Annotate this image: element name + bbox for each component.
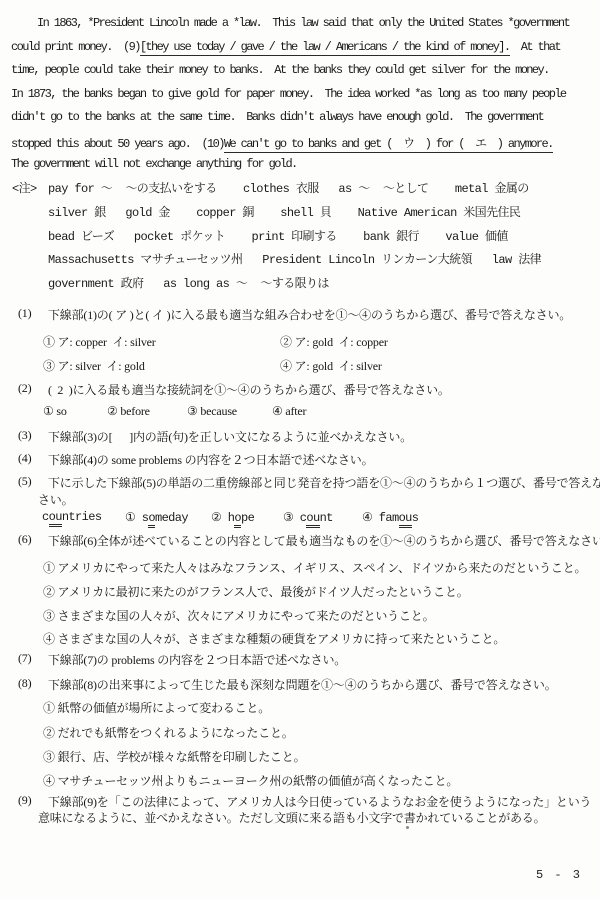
question-1-option-1: ① ア: copper イ: silver xyxy=(43,333,156,350)
question-8-option-2: ② だれでも紙幣をつくれるようになったこと。 xyxy=(43,724,294,741)
q5-option-1: ① someday xyxy=(125,510,188,525)
notes-line: Massachusetts マサチューセッツ州 President Lincol… xyxy=(48,250,541,267)
notes-line: government 政府 as long as ～ ～する限りは xyxy=(48,274,329,291)
q5-word-part: ntries xyxy=(62,510,102,524)
question-6-option-4: ④ さまざまな国の人々が、さまざまな種類の硬貨をアメリカに持って来たということ。 xyxy=(43,630,505,647)
question-2-option-1: ① so xyxy=(43,404,67,419)
passage-text: stopped this about 50 years ago. (10) xyxy=(11,137,224,151)
q5-double-underline: ou xyxy=(306,511,319,528)
notes-line: silver 銀 gold 金 copper 銅 shell 貝 Native … xyxy=(48,203,520,220)
q5-option-2: ② hope xyxy=(211,510,254,525)
question-1-label: (1) xyxy=(18,306,31,321)
question-6-option-3: ③ さまざまな国の人々が、次々にアメリカにやって来たのだということ。 xyxy=(43,607,434,624)
passage-line: didn't go to the banks at the same time.… xyxy=(11,110,543,124)
question-6-option-1: ① アメリカにやって来た人々はみなフランス、イギリス、スペイン、ドイツから来たの… xyxy=(43,559,586,576)
question-6-option-2: ② アメリカに最初に来たのがフランス人で、最後がドイツ人だったということ。 xyxy=(43,583,469,600)
q5-word-part: fam xyxy=(379,511,399,525)
q5-word-part: pe xyxy=(241,511,254,525)
question-9-label: (9) xyxy=(18,793,31,808)
notes-label: <注> xyxy=(12,179,37,196)
q5-option-4: ④ famous xyxy=(362,510,418,525)
question-5-label: (5) xyxy=(18,474,31,489)
question-1-text: 下線部(1)の( ア )と( イ )に入る最も適当な組み合わせを①～④のうちから… xyxy=(48,306,571,323)
question-2-label: (2) xyxy=(18,381,31,396)
passage-text: could print money. (9) xyxy=(11,40,140,54)
passage-line: could print money. (9)[they use today / … xyxy=(11,40,560,54)
question-9-text-wrap: 意味になるように、並べかえなさい。ただし文頭に来る語も小文字で書かれていることが… xyxy=(38,809,545,826)
question-5-text: 下に示した下線部(5)の単語の二重傍線部と同じ発音を持つ語を①～④のうちから１つ… xyxy=(48,474,600,491)
question-2-option-3: ③ because xyxy=(187,404,237,419)
ink-speck xyxy=(406,826,409,829)
option-number: ④ xyxy=(362,511,379,525)
passage-line: In 1873, the banks began to give gold fo… xyxy=(11,87,566,101)
passage-line: In 1863, *President Lincoln made a *law.… xyxy=(37,16,569,30)
option-number: ③ xyxy=(283,511,300,525)
q5-word-countries: countries xyxy=(42,510,101,524)
notes-line: pay for ～ ～の支払いをする clothes 衣服 as ～ ～として … xyxy=(48,179,529,196)
question-6-label: (6) xyxy=(18,532,31,547)
passage-line: stopped this about 50 years ago. (10)We … xyxy=(11,134,553,151)
q5-word-part: meday xyxy=(155,511,188,525)
question-1-option-3: ③ ア: silver イ: gold xyxy=(43,357,145,374)
option-number: ① xyxy=(125,511,142,525)
passage-text: At that xyxy=(510,40,560,54)
question-4-label: (4) xyxy=(18,451,31,466)
page-number: 5 - 3 xyxy=(536,868,582,882)
question-8-option-3: ③ 銀行、店、学校が様々な紙幣を印刷したこと。 xyxy=(43,748,305,765)
question-2-text: ( 2 )に入る最も適当な接続詞を①～④のうちから選び、番号で答えなさい。 xyxy=(48,381,450,398)
q5-word-part: s xyxy=(412,511,419,525)
question-8-text: 下線部(8)の出来事によって生じた最も深刻な問題を①～④のうちから選び、番号で答… xyxy=(48,676,557,693)
question-3-label: (3) xyxy=(18,428,31,443)
q5-option-3: ③ count xyxy=(283,510,333,525)
passage-line: time, people could take their money to b… xyxy=(11,63,549,77)
question-3-text: 下線部(3)の[ ]内の語(句)を正しい文になるように並べかえなさい。 xyxy=(48,428,412,445)
question-5-text-wrap: さい。 xyxy=(38,491,73,508)
question-8-option-1: ① 紙幣の価値が場所によって変わること。 xyxy=(43,699,270,716)
exam-page: In 1863, *President Lincoln made a *law.… xyxy=(0,0,600,900)
q5-word-part: nt xyxy=(320,511,333,525)
q5-double-underline: o xyxy=(148,511,155,528)
q5-double-underline: ou xyxy=(399,511,412,528)
underlined-phrase-10: We can't go to banks and get ( ウ ) for (… xyxy=(224,137,553,153)
question-2-option-4: ④ after xyxy=(272,404,306,419)
q5-double-underline: ou xyxy=(49,510,62,527)
question-1-option-4: ④ ア: gold イ: silver xyxy=(280,357,382,374)
underlined-phrase-9: [they use today / gave / the law / Ameri… xyxy=(140,40,510,56)
option-number: ② xyxy=(211,511,228,525)
question-2-option-2: ② before xyxy=(107,404,150,419)
question-7-label: (7) xyxy=(18,651,31,666)
question-8-label: (8) xyxy=(18,676,31,691)
question-6-text: 下線部(6)全体が述べていることの内容として最も適当なものを①～④のうちから選び… xyxy=(48,532,600,549)
question-1-option-2: ② ア: gold イ: copper xyxy=(280,333,388,350)
passage-line: The government will not exchange anythin… xyxy=(11,157,297,171)
q5-word-part: c xyxy=(42,510,49,524)
question-4-text: 下線部(4)の some problems の内容を２つ日本語で述べなさい。 xyxy=(48,451,373,468)
notes-line: bead ビーズ pocket ポケット print 印刷する bank 銀行 … xyxy=(48,227,508,244)
q5-double-underline: o xyxy=(234,511,241,528)
question-9-text: 下線部(9)を「この法律によって、アメリカ人は今日使っているようなお金を使うよう… xyxy=(48,793,591,810)
question-8-option-4: ④ マサチューセッツ州よりもニューヨーク州の紙幣の価値が高くなったこと。 xyxy=(43,772,458,789)
question-7-text: 下線部(7)の problems の内容を２つ日本語で述べなさい。 xyxy=(48,651,346,668)
